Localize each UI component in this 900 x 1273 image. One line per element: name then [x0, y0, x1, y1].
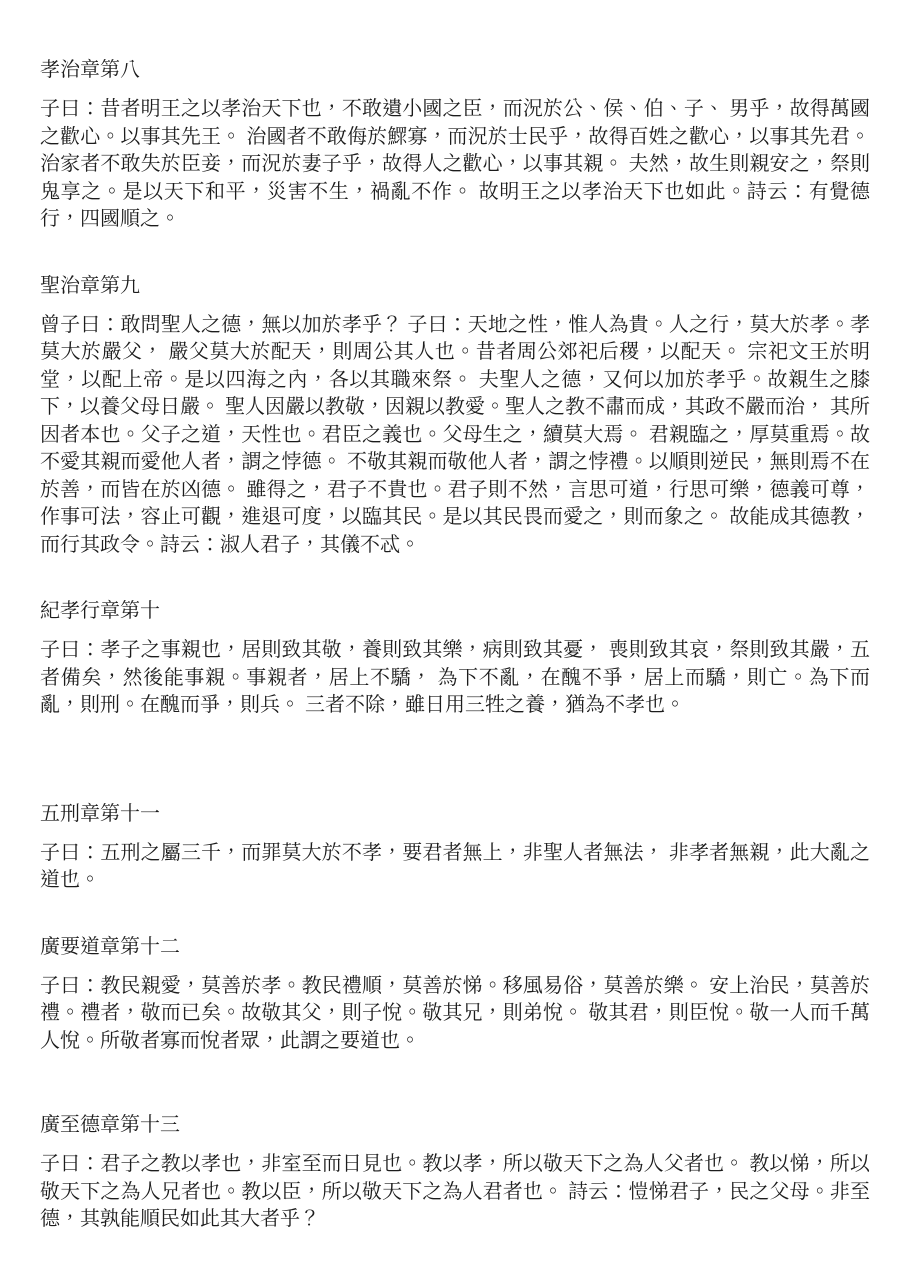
document-page: 孝治章第八 子曰：昔者明王之以孝治天下也，不敢遺小國之臣，而況於公、侯、伯、子、…	[40, 58, 870, 1234]
chapter-body: 子曰：教民親愛，莫善於孝。教民禮順，莫善於悌。移風易俗，莫善於樂。 安上治民，莫…	[40, 973, 870, 1056]
chapter-title: 五刑章第十一	[40, 802, 870, 826]
chapter-title: 廣要道章第十二	[40, 935, 870, 959]
chapter-title: 孝治章第八	[40, 58, 870, 82]
chapter-title: 紀孝行章第十	[40, 599, 870, 623]
chapter-section-12: 廣要道章第十二 子曰：教民親愛，莫善於孝。教民禮順，莫善於悌。移風易俗，莫善於樂…	[40, 935, 870, 1056]
chapter-body: 曾子曰：敢問聖人之德，無以加於孝乎？ 子曰：天地之性，惟人為貴。人之行，莫大於孝…	[40, 312, 870, 560]
chapter-section-10: 紀孝行章第十 子曰：孝子之事親也，居則致其敬，養則致其樂，病則致其憂， 喪則致其…	[40, 599, 870, 720]
chapter-title: 廣至德章第十三	[40, 1113, 870, 1137]
chapter-body: 子曰：孝子之事親也，居則致其敬，養則致其樂，病則致其憂， 喪則致其哀，祭則致其嚴…	[40, 637, 870, 720]
chapter-title: 聖治章第九	[40, 274, 870, 298]
chapter-section-11: 五刑章第十一 子曰：五刑之屬三千，而罪莫大於不孝，要君者無上，非聖人者無法， 非…	[40, 802, 870, 895]
chapter-section-9: 聖治章第九 曾子曰：敢問聖人之德，無以加於孝乎？ 子曰：天地之性，惟人為貴。人之…	[40, 274, 870, 560]
chapter-body: 子曰：五刑之屬三千，而罪莫大於不孝，要君者無上，非聖人者無法， 非孝者無親，此大…	[40, 840, 870, 895]
chapter-section-13: 廣至德章第十三 子曰：君子之教以孝也，非室至而日見也。教以孝，所以敬天下之為人父…	[40, 1113, 870, 1234]
chapter-section-8: 孝治章第八 子曰：昔者明王之以孝治天下也，不敢遺小國之臣，而況於公、侯、伯、子、…	[40, 58, 870, 234]
chapter-body: 子曰：君子之教以孝也，非室至而日見也。教以孝，所以敬天下之為人父者也。 教以悌，…	[40, 1151, 870, 1234]
chapter-body: 子曰：昔者明王之以孝治天下也，不敢遺小國之臣，而況於公、侯、伯、子、 男乎，故得…	[40, 96, 870, 234]
